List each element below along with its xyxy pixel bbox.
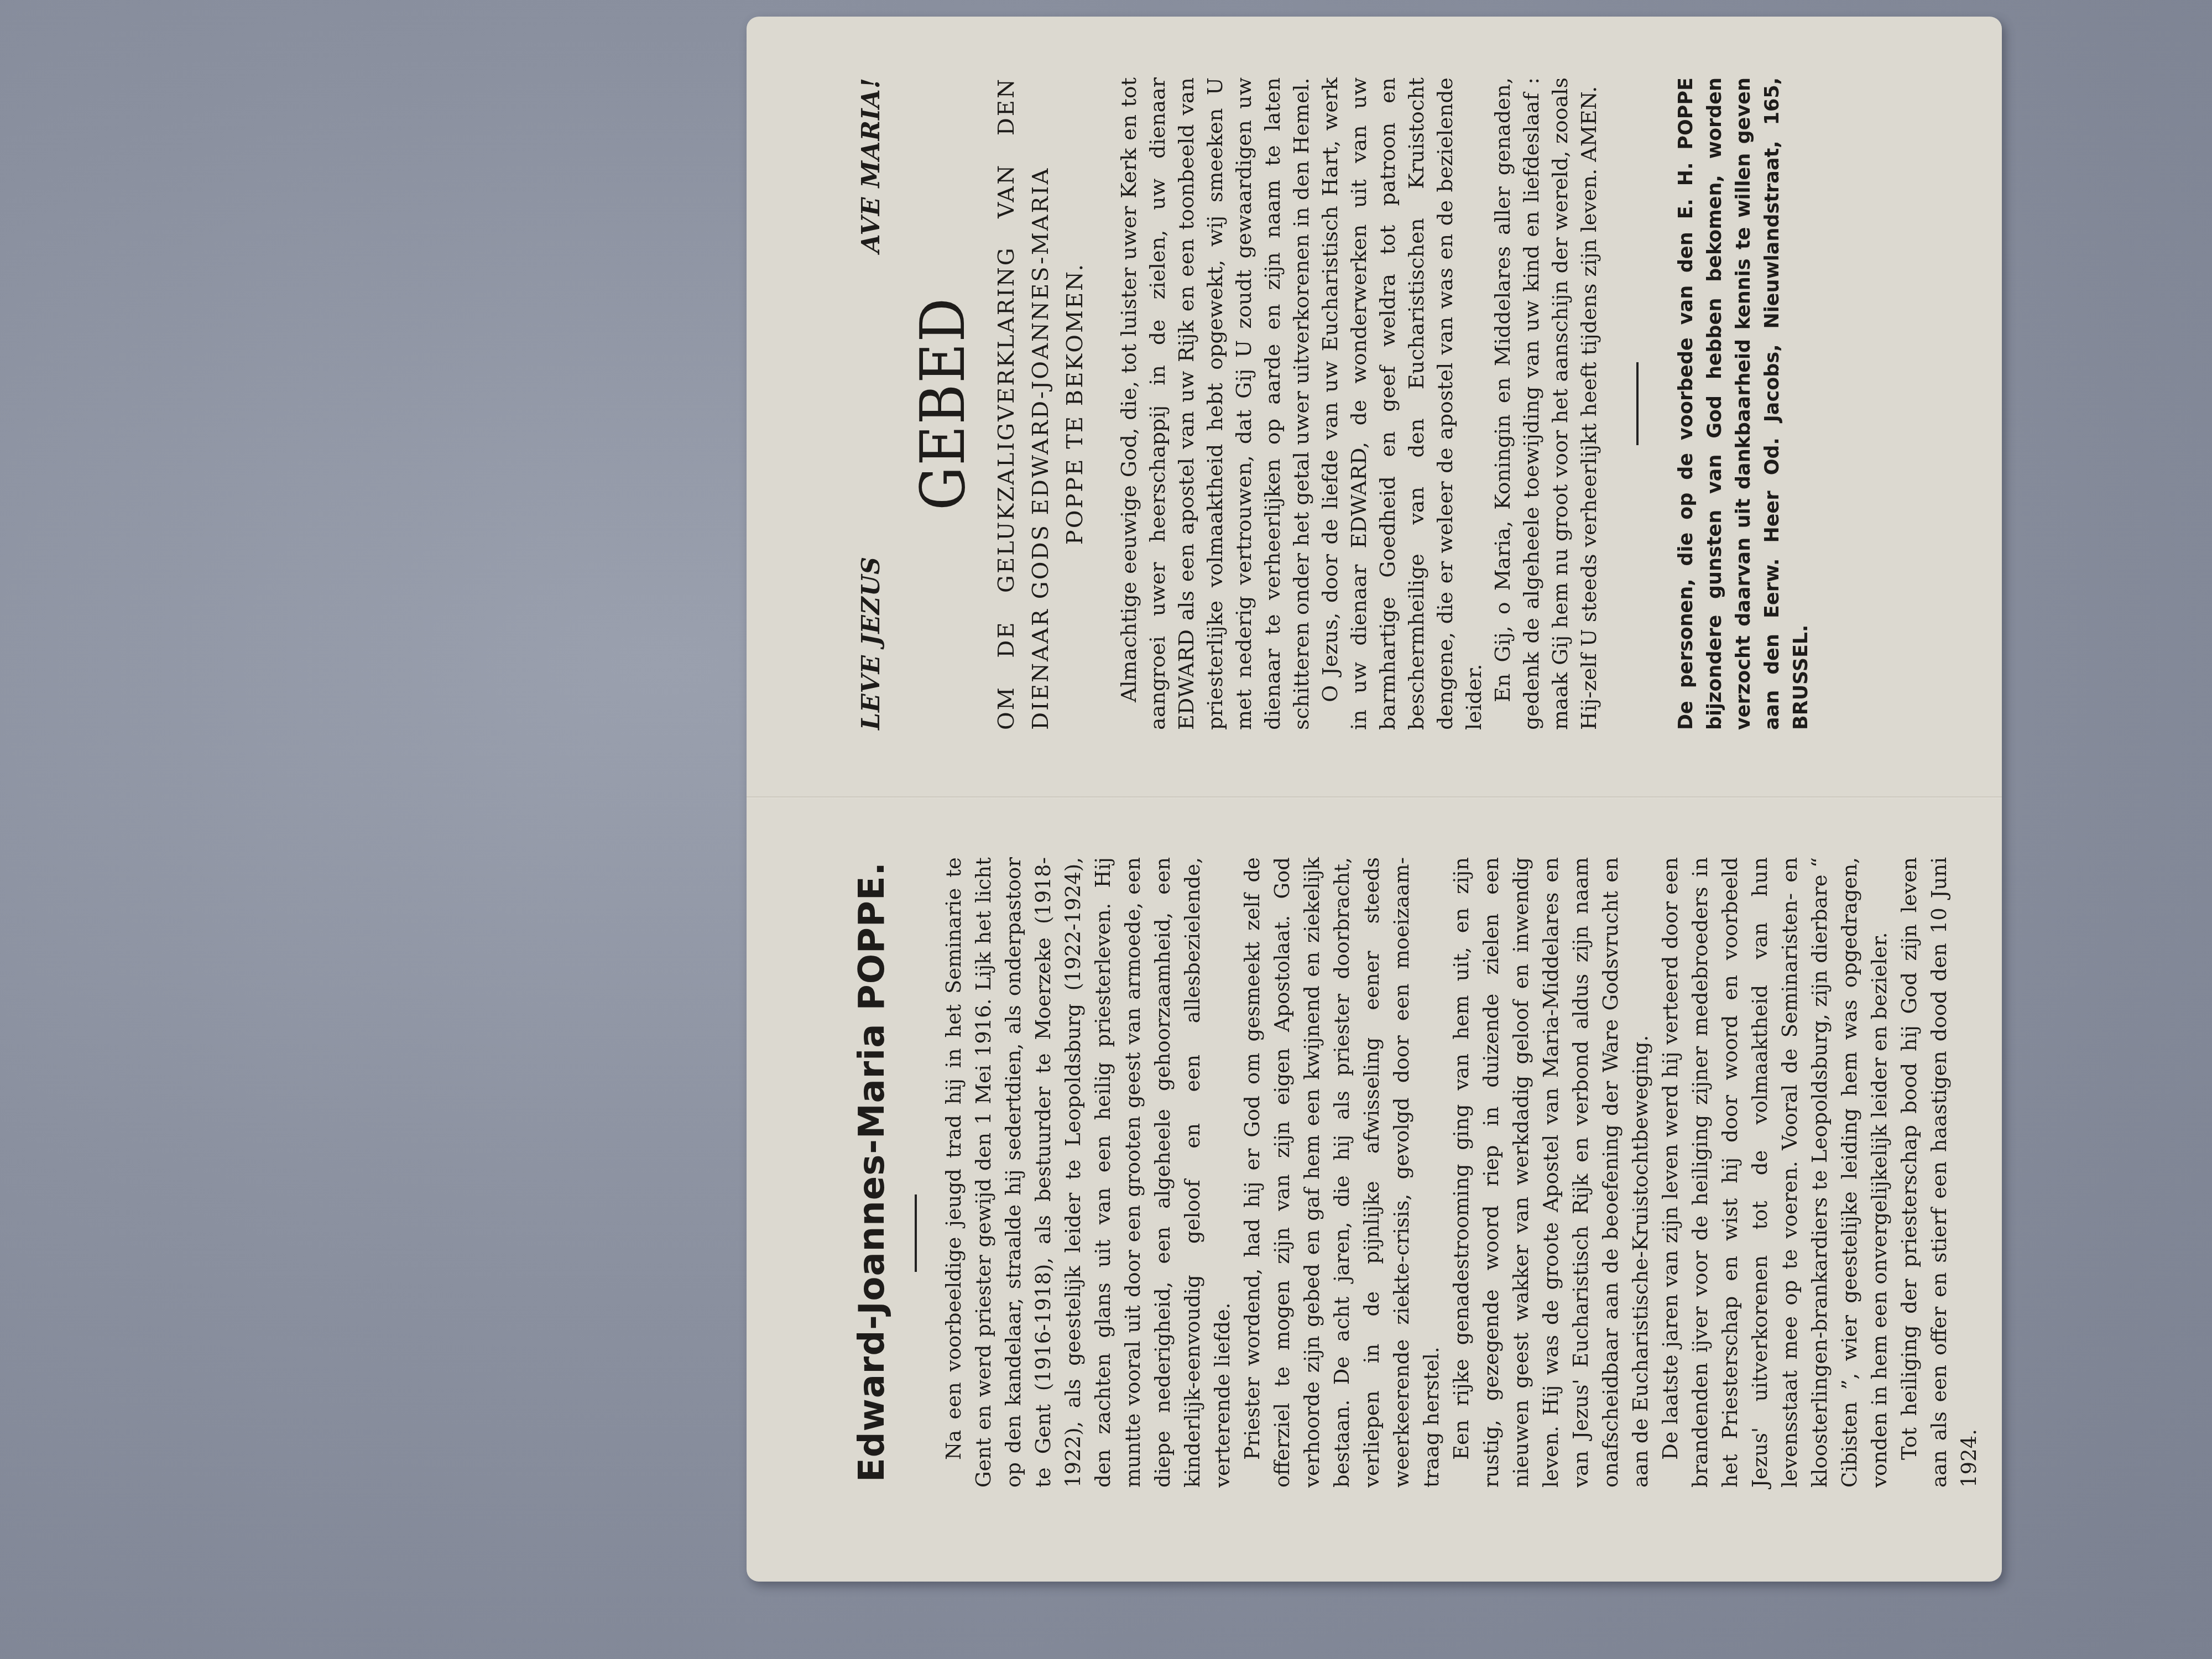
bio-paragraph: Tot heiliging der priesterschap bood hij…: [1895, 857, 1984, 1488]
prayer-text: Almachtige eeuwige God, die, tot luister…: [1092, 44, 1603, 763]
subtitle-line-3: POPPE TE BEKOMEN.: [1058, 77, 1092, 730]
prayer-paragraph: O Jezus, door de liefde van uw Eucharist…: [1316, 77, 1488, 730]
biography-page: Edward-Joannes-Maria POPPE. Na een voorb…: [774, 818, 1963, 1537]
prayer-header: LEVE JEZUS AVE MARIA!: [774, 44, 885, 763]
bio-paragraph: Na een voorbeeldige jeugd trad hij in he…: [939, 857, 1238, 1488]
card-fold-crease: [747, 796, 2002, 799]
biography-text: Na een voorbeeldige jeugd trad hij in he…: [939, 818, 1984, 1537]
prayer-page: LEVE JEZUS AVE MARIA! GEBED OM DE GELUKZ…: [774, 44, 1963, 763]
divider-rule: [915, 1194, 917, 1272]
prayer-paragraph: En Gij, o Maria, Koningin en Middelares …: [1488, 77, 1603, 730]
favours-notice: De personen, die op de voorbede van den …: [1672, 44, 1815, 763]
subtitle-line-1: OM DE GELUKZALIGVERKLARING VAN DEN: [994, 77, 1019, 730]
header-ave-maria: AVE MARIA!: [857, 77, 885, 253]
prayer-paragraph: Almachtige eeuwige God, die, tot luister…: [1114, 77, 1316, 730]
bio-paragraph: De laatste jaren van zijn leven werd hij…: [1656, 857, 1895, 1488]
biography-title: Edward-Joannes-Maria POPPE.: [774, 818, 893, 1537]
prayer-title: GEBED: [907, 44, 978, 763]
divider-rule: [1636, 362, 1639, 445]
bio-paragraph: Een rijke genadestrooming ging van hem u…: [1447, 857, 1656, 1488]
prayer-subtitle: OM DE GELUKZALIGVERKLARING VAN DEN DIENA…: [989, 44, 1092, 763]
header-leve-jezus: LEVE JEZUS: [857, 556, 885, 730]
bio-paragraph: Priester wordend, had hij er God om gesm…: [1238, 857, 1447, 1488]
subtitle-line-2: DIENAAR GODS EDWARD-JOANNES-MARIA: [1028, 167, 1053, 730]
